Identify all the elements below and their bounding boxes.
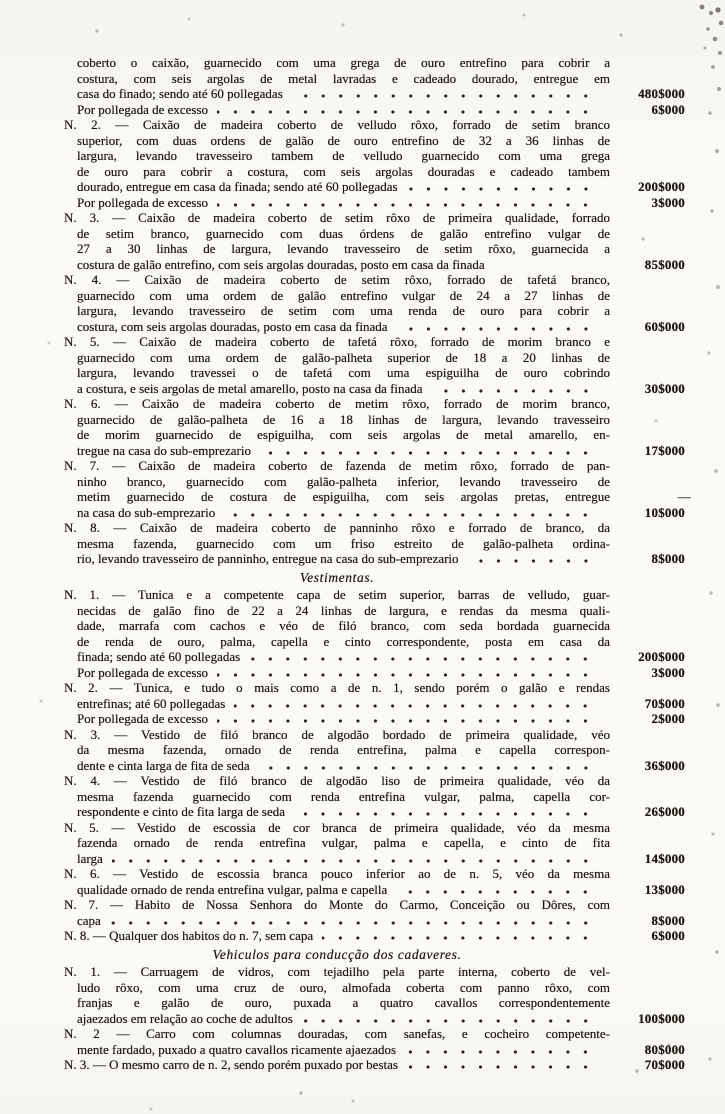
entry-line: ludo rôxo, com uma cruz de ouro, almofad… — [77, 980, 685, 996]
price-value: 2$000 — [610, 711, 685, 727]
entry-line: de ouro para cobrir a costura, com seis … — [77, 164, 685, 180]
price-value: 70$000 — [610, 1057, 685, 1073]
entry-line: Por pollegada de excesso2$000 — [77, 711, 685, 727]
entry-line: N. 1. — Carruagem de vidros, com tejadil… — [64, 964, 685, 980]
tariff-entry: N. 7. — Caixão de madeira coberto de faz… — [64, 458, 685, 520]
entry-line-text: guarnecido de galão-palheta de 16 a 18 l… — [77, 412, 610, 428]
entry-line-text: N. 8. — Caixão de madeira coberto de pan… — [64, 520, 610, 536]
tariff-entry: N. 2. — Tunica, e tudo o mais como a de … — [64, 680, 685, 711]
price-value: 13$000 — [610, 882, 685, 898]
entry-line-text: guarnecido com uma ordem de galão-palhet… — [77, 350, 610, 366]
entry-line-text: qualidade ornado de renda entrefina vulg… — [77, 882, 387, 898]
entry-line-text: costura de galão entrefino, com seis arg… — [77, 257, 485, 273]
entry-line-text: ludo rôxo, com uma cruz de ouro, almofad… — [77, 980, 610, 996]
dot-leaders — [112, 859, 601, 863]
entry-line-text: N. 1. — Tunica e a competente capa de se… — [64, 587, 610, 603]
dot-leaders — [407, 187, 601, 191]
dot-leaders — [302, 1019, 601, 1023]
entry-line: superior, com duas ordens de galão de ou… — [77, 133, 685, 149]
entry-line-text: capa — [77, 913, 101, 929]
price-value: 70$000 — [610, 696, 685, 712]
price-value: 480$000 — [610, 86, 685, 102]
price-value: 10$000 — [610, 505, 685, 521]
tariff-entry: Por pollegada de excesso6$000 — [64, 102, 685, 118]
tariff-entry: Por pollegada de excesso3$000 — [64, 195, 685, 211]
entry-line: casa do finado; sendo até 60 pollegadas4… — [77, 86, 685, 102]
entry-line-text: N. 4. — Caixão de madeira coberto de set… — [64, 272, 610, 288]
dot-leaders — [260, 451, 601, 455]
tariff-entry: Por pollegada de excesso2$000 — [64, 711, 685, 727]
entry-line: N. 5. — Vestido de escossia de cor branc… — [64, 820, 685, 836]
entry-line: ninho branco, guarnecido com galão-palhe… — [77, 474, 685, 490]
price-value: 85$000 — [610, 257, 685, 273]
entry-line-text: da mesma fazenda, ornado de renda entref… — [77, 742, 610, 758]
entry-line-text: superior, com duas ordens de galão de ou… — [77, 133, 610, 149]
entry-line-text: a costura, e seis argolas de metal amare… — [77, 381, 423, 397]
entry-line-text: N. 3. — Vestido de filó branco de algodã… — [64, 727, 610, 743]
leader-gap — [494, 265, 601, 269]
entry-line: N. 2. — Tunica, e tudo o mais como a de … — [64, 680, 685, 696]
entry-line-text: costura, com seis argolas douradas, post… — [77, 319, 388, 335]
price-value: 6$000 — [610, 102, 685, 118]
entry-line: largura, levando travesseiro de setim co… — [77, 303, 685, 319]
price-value: 80$000 — [610, 1042, 685, 1058]
dot-leaders — [249, 657, 601, 661]
entry-line: largura, levando travessei o de tafetá c… — [77, 365, 685, 381]
tariff-entry: N. 4. — Caixão de madeira coberto de set… — [64, 272, 685, 334]
entry-line-text: franjas e galão de ouro, puxada a quatro… — [77, 995, 610, 1011]
entry-line-text: larga — [77, 851, 103, 867]
entry-line-text: N. 2. — Tunica, e tudo o mais como a de … — [64, 680, 610, 696]
entry-line-text: de morim guarnecido de espiguilha, com s… — [77, 427, 610, 443]
tariff-entry: N. 6. — Caixão de madeira coberto de met… — [64, 396, 685, 458]
entry-line: largura, levando travesseiro tambem de v… — [77, 148, 685, 164]
price-value: 26$000 — [610, 804, 685, 820]
entry-line-text: dente e cinta larga de fita de seda — [77, 758, 250, 774]
dot-leaders — [259, 766, 601, 770]
entry-line-text: de ouro para cobrir a costura, com seis … — [77, 164, 610, 180]
tariff-entry: coberto o caixão, guarnecido com uma gre… — [64, 55, 685, 102]
entry-line: N. 2 — Carro com columnas douradas, com … — [64, 1026, 685, 1042]
entry-line: na casa do sub-emprezario10$000 — [77, 505, 685, 521]
entry-line-text: N. 7. — Habito de Nossa Senhora do Monte… — [64, 897, 610, 913]
entry-line-text: fazenda ornado de renda entrefina vulgar… — [77, 835, 610, 851]
entry-line-text: largura, levando travesseiro de setim co… — [77, 303, 610, 319]
entry-line: N. 2. — Caixão de madeira coberto de vel… — [64, 117, 685, 133]
dot-leaders — [217, 673, 601, 677]
price-value: 8$000 — [610, 913, 685, 929]
scan-noise-specks — [0, 0, 2, 2]
entry-line-text: de setim branco, guarnecido com duas órd… — [77, 226, 610, 242]
price-value: 36$000 — [610, 758, 685, 774]
entry-line-text: N. 6. — Vestido de escossia branca pouco… — [64, 866, 610, 882]
entry-line: larga14$000 — [77, 851, 685, 867]
entry-line: da mesma fazenda, ornado de renda entref… — [77, 742, 685, 758]
section-heading: Vestimentas. — [64, 570, 610, 586]
leader-gap — [619, 497, 623, 501]
price-value: 3$000 — [610, 195, 685, 211]
entry-line: costura, com seis argolas douradas, post… — [77, 319, 685, 335]
dot-leaders — [468, 559, 601, 563]
dot-leaders — [432, 389, 601, 393]
entry-line-text: Por pollegada de excesso — [77, 711, 208, 727]
tariff-entry: N. 1. — Carruagem de vidros, com tejadil… — [64, 964, 685, 1026]
price-value: 14$000 — [610, 851, 685, 867]
entry-line-text: ajaezados em relação ao coche de adultos — [77, 1011, 293, 1027]
entry-line-text: N. 7. — Caixão de madeira coberto de faz… — [64, 458, 610, 474]
entry-line: N. 8. — Caixão de madeira coberto de pan… — [64, 520, 685, 536]
entry-line-text: N. 8. — Qualquer dos habitos do n. 7, se… — [64, 928, 313, 944]
tariff-entry: N. 2 — Carro com columnas douradas, com … — [64, 1026, 685, 1057]
entry-line-text: N. 1. — Carruagem de vidros, com tejadil… — [64, 964, 610, 980]
entry-line: rio, levando travesseiro de panninho, en… — [77, 551, 685, 567]
entry-line-text: dade, marrafa com cachos e véo de filó b… — [77, 618, 610, 634]
entry-line: Por pollegada de excesso3$000 — [77, 195, 685, 211]
entry-line: N. 7. — Caixão de madeira coberto de faz… — [64, 458, 685, 474]
tariff-entry: N. 6. — Vestido de escossia branca pouco… — [64, 866, 685, 897]
entry-line: guarnecido com uma ordem de galão entref… — [77, 288, 685, 304]
price-value: 17$000 — [610, 443, 685, 459]
entry-line: dourado, entregue em casa da finada; sen… — [77, 179, 685, 195]
entry-line-text: N. 5. — Caixão de madeira coberto de taf… — [64, 334, 610, 350]
entry-line-text: mesma fazenda guarnecido com renda entre… — [77, 789, 610, 805]
entry-line: capa8$000 — [77, 913, 685, 929]
dot-leaders — [217, 203, 601, 207]
entry-line: N. 7. — Habito de Nossa Senhora do Monte… — [64, 897, 685, 913]
entry-line: costura, com seis argolas de metal lavra… — [77, 71, 685, 87]
tariff-entry: N. 5. — Caixão de madeira coberto de taf… — [64, 334, 685, 396]
entry-line-text: necidas de galão fino de 22 a 24 linhas … — [77, 603, 610, 619]
tariff-entry: Por pollegada de excesso3$000 — [64, 665, 685, 681]
entry-line: metim guarnecido de costura de espiguilh… — [77, 489, 685, 505]
entry-line-text: N. 2. — Caixão de madeira coberto de vel… — [64, 117, 610, 133]
entry-line: de morim guarnecido de espiguilha, com s… — [77, 427, 685, 443]
entry-line-text: na casa do sub-emprezario — [77, 505, 215, 521]
dot-leaders — [407, 1065, 601, 1069]
tariff-entry: N. 3. — O mesmo carro de n. 2, sendo por… — [64, 1057, 685, 1073]
price-value: 8$000 — [610, 551, 685, 567]
entry-line: N. 6. — Vestido de escossia branca pouco… — [64, 866, 685, 882]
entry-line: franjas e galão de ouro, puxada a quatro… — [77, 995, 685, 1011]
dot-leaders — [397, 327, 601, 331]
entry-line: guarnecido com uma ordem de galão-palhet… — [77, 350, 685, 366]
entry-line-text: N. 3. — O mesmo carro de n. 2, sendo por… — [64, 1057, 398, 1073]
entry-line-text: largura, levando travesseiro tambem de v… — [77, 148, 610, 164]
entry-line: mente fardado, puxado a quatro cavallos … — [77, 1042, 685, 1058]
price-dash: — — [632, 489, 707, 505]
entry-line-text: guarnecido com uma ordem de galão entref… — [77, 288, 610, 304]
entry-line: ajaezados em relação ao coche de adultos… — [77, 1011, 685, 1027]
entry-line-text: mesma fazenda, guarnecido com um friso e… — [77, 536, 610, 552]
entry-line: N. 8. — Qualquer dos habitos do n. 7, se… — [64, 928, 685, 944]
entry-line-text: finada; sendo até 60 pollegadas — [77, 649, 240, 665]
entry-line-text: N. 2 — Carro com columnas douradas, com … — [64, 1026, 610, 1042]
tariff-entry: N. 8. — Qualquer dos habitos do n. 7, se… — [64, 928, 685, 944]
entry-line: respondente e cinto de fita larga de sed… — [77, 804, 685, 820]
entry-line: Por pollegada de excesso3$000 — [77, 665, 685, 681]
entry-line-text: N. 3. — Caixão de madeira coberto de set… — [64, 210, 610, 226]
entry-line: N. 3. — Vestido de filó branco de algodã… — [64, 727, 685, 743]
tariff-entry: N. 7. — Habito de Nossa Senhora do Monte… — [64, 897, 685, 928]
entry-line-text: coberto o caixão, guarnecido com uma gre… — [77, 55, 610, 71]
dot-leaders — [405, 1050, 601, 1054]
entry-line: mesma fazenda guarnecido com renda entre… — [77, 789, 685, 805]
dot-leaders — [217, 110, 601, 114]
entry-line-text: entrefinas; até 60 pollegadas — [77, 696, 225, 712]
entry-line: de setim branco, guarnecido com duas órd… — [77, 226, 685, 242]
price-value: 60$000 — [610, 319, 685, 335]
entry-line: costura de galão entrefino, com seis arg… — [77, 257, 685, 273]
section-heading: Vehiculos para conducção dos cadaveres. — [64, 947, 610, 963]
dot-leaders — [322, 936, 601, 940]
entry-line-text: 27 a 30 linhas de largura, levando trave… — [77, 241, 610, 257]
entry-line-text: respondente e cinto de fita larga de sed… — [77, 804, 285, 820]
entry-line: N. 5. — Caixão de madeira coberto de taf… — [64, 334, 685, 350]
dot-leaders — [292, 94, 601, 98]
entry-line: finada; sendo até 60 pollegadas200$000 — [77, 649, 685, 665]
entry-line-text: dourado, entregue em casa da finada; sen… — [77, 179, 398, 195]
entry-line-text: rio, levando travesseiro de panninho, en… — [77, 551, 459, 567]
entry-line: N. 3. — Caixão de madeira coberto de set… — [64, 210, 685, 226]
tariff-entry: N. 5. — Vestido de escossia de cor branc… — [64, 820, 685, 867]
entry-line-text: N. 4. — Vestido de filó branco de algodã… — [64, 773, 610, 789]
entry-line-text: N. 6. — Caixão de madeira coberto de met… — [64, 396, 610, 412]
entry-line: N. 3. — O mesmo carro de n. 2, sendo por… — [64, 1057, 685, 1073]
entry-line: mesma fazenda, guarnecido com um friso e… — [77, 536, 685, 552]
price-value: 30$000 — [610, 381, 685, 397]
entry-line-text: Por pollegada de excesso — [77, 195, 208, 211]
dot-leaders — [110, 921, 601, 925]
entry-line: necidas de galão fino de 22 a 24 linhas … — [77, 603, 685, 619]
entry-line: fazenda ornado de renda entrefina vulgar… — [77, 835, 685, 851]
entry-line-text: largura, levando travessei o de tafetá c… — [77, 365, 610, 381]
dot-leaders — [234, 704, 601, 708]
entry-line-text: de renda de ouro, palma, capella e cinto… — [77, 634, 610, 650]
dot-leaders — [217, 719, 601, 723]
entry-line-text: N. 5. — Vestido de escossia de cor branc… — [64, 820, 610, 836]
entry-line: dente e cinta larga de fita de seda36$00… — [77, 758, 685, 774]
entry-line: a costura, e seis argolas de metal amare… — [77, 381, 685, 397]
entry-line-text: mente fardado, puxado a quatro cavallos … — [77, 1042, 396, 1058]
entry-line: Por pollegada de excesso6$000 — [77, 102, 685, 118]
entry-line: guarnecido de galão-palheta de 16 a 18 l… — [77, 412, 685, 428]
tariff-entry: N. 3. — Caixão de madeira coberto de set… — [64, 210, 685, 272]
entry-line-text: Por pollegada de excesso — [77, 102, 208, 118]
entry-line-text: ninho branco, guarnecido com galão-palhe… — [77, 474, 610, 490]
entry-line: qualidade ornado de renda entrefina vulg… — [77, 882, 685, 898]
document-body: coberto o caixão, guarnecido com uma gre… — [64, 55, 685, 1073]
entry-line: entrefinas; até 60 pollegadas70$000 — [77, 696, 685, 712]
entry-line: dade, marrafa com cachos e véo de filó b… — [77, 618, 685, 634]
entry-line-text: casa do finado; sendo até 60 pollegadas — [77, 86, 283, 102]
entry-line: coberto o caixão, guarnecido com uma gre… — [77, 55, 685, 71]
price-value: 3$000 — [610, 665, 685, 681]
entry-line: N. 1. — Tunica e a competente capa de se… — [64, 587, 685, 603]
entry-line: tregue na casa do sub-emprezario17$000 — [77, 443, 685, 459]
dot-leaders — [396, 890, 601, 894]
entry-line: N. 4. — Caixão de madeira coberto de set… — [64, 272, 685, 288]
entry-line-text: tregue na casa do sub-emprezario — [77, 443, 251, 459]
entry-line-text: metim guarnecido de costura de espiguilh… — [77, 489, 610, 505]
entry-line: N. 4. — Vestido de filó branco de algodã… — [64, 773, 685, 789]
entry-line-text: Por pollegada de excesso — [77, 665, 208, 681]
price-value: 100$000 — [610, 1011, 685, 1027]
tariff-entry: N. 2. — Caixão de madeira coberto de vel… — [64, 117, 685, 195]
entry-line-text: costura, com seis argolas de metal lavra… — [77, 71, 610, 87]
entry-line: de renda de ouro, palma, capella e cinto… — [77, 634, 685, 650]
tariff-entry: N. 1. — Tunica e a competente capa de se… — [64, 587, 685, 665]
tariff-entry: N. 8. — Caixão de madeira coberto de pan… — [64, 520, 685, 567]
price-value: 200$000 — [610, 179, 685, 195]
tariff-entry: N. 3. — Vestido de filó branco de algodã… — [64, 727, 685, 774]
price-value: 6$000 — [610, 928, 685, 944]
entry-line: N. 6. — Caixão de madeira coberto de met… — [64, 396, 685, 412]
dot-leaders — [224, 513, 601, 517]
tariff-entry: N. 4. — Vestido de filó branco de algodã… — [64, 773, 685, 820]
price-value: 200$000 — [610, 649, 685, 665]
scanned-document-page: coberto o caixão, guarnecido com uma gre… — [0, 0, 725, 1114]
dot-leaders — [294, 812, 601, 816]
entry-line: 27 a 30 linhas de largura, levando trave… — [77, 241, 685, 257]
